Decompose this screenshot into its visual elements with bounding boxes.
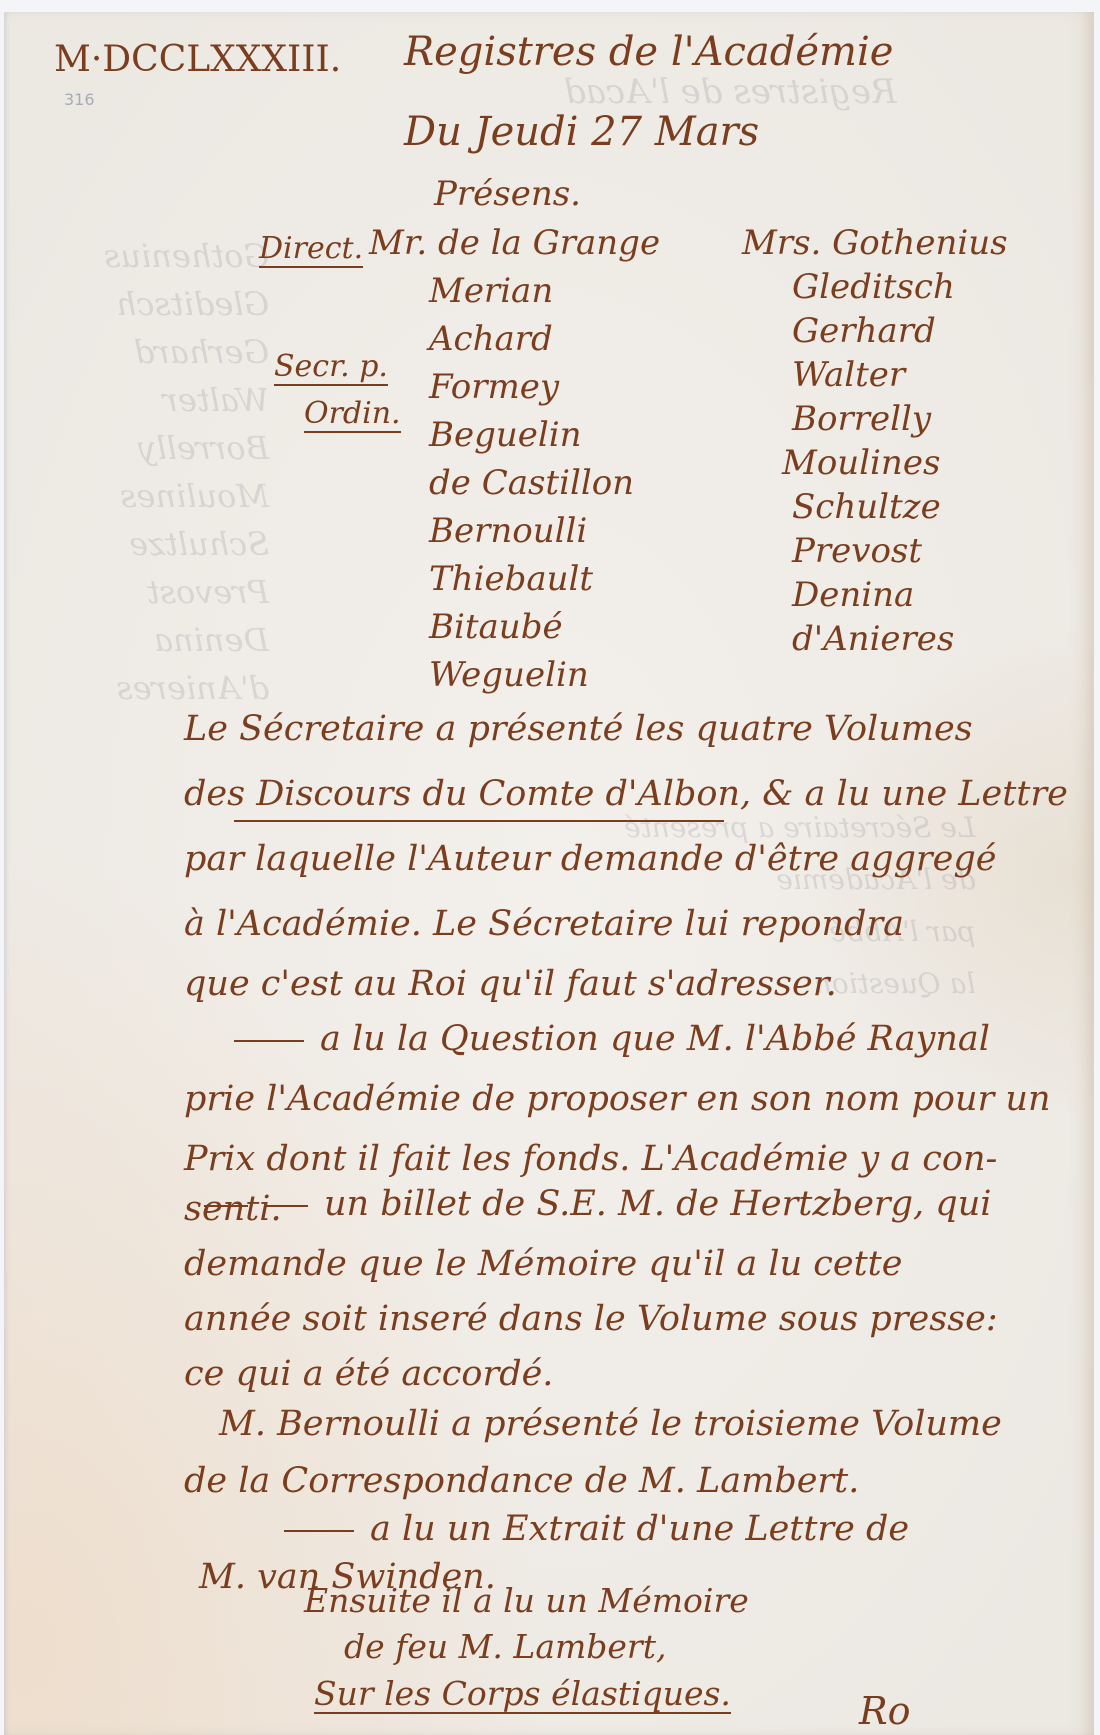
member-name: Achard <box>429 322 660 356</box>
member-name: Denina <box>792 578 1008 612</box>
minute-line: M. Bernoulli a présenté le troisieme Vol… <box>219 1407 1002 1442</box>
minute-line: à l'Académie. Le Sécretaire lui repondra <box>184 907 904 942</box>
member-name: Gleditsch <box>792 270 1008 304</box>
member-name: Schultze <box>792 490 1008 524</box>
member-name: Beguelin <box>429 418 660 452</box>
members-left-column: Mr. de la Grange Merian Achard Formey Be… <box>369 226 660 692</box>
minute-line: a lu la Question que M. l'Abbé Raynal <box>234 1022 990 1057</box>
member-name: Gerhard <box>792 314 1008 348</box>
minute-line: de la Correspondance de M. Lambert. <box>184 1464 859 1499</box>
year-heading: M·DCCLXXXIII. <box>54 42 341 78</box>
ditto-dash <box>204 1205 248 1207</box>
ditto-dash <box>234 1040 304 1042</box>
minute-line: par laquelle l'Auteur demande d'être agg… <box>184 842 996 877</box>
ditto-dash <box>264 1205 308 1207</box>
underline-discours <box>234 820 724 822</box>
member-name: Borrelly <box>792 402 1008 436</box>
manuscript-page: Registres de l'Acad GotheniusGleditschGe… <box>4 12 1094 1735</box>
ditto-dash <box>284 1530 354 1532</box>
member-name: Bernoulli <box>429 514 660 548</box>
member-name: de Castillon <box>429 466 660 500</box>
minute-line: ce qui a été accordé. <box>184 1357 553 1392</box>
minute-line: des Discours du Comte d'Albon, & a lu un… <box>184 777 1068 812</box>
member-name: Weguelin <box>429 658 660 692</box>
minute-line: Le Sécretaire a présenté les quatre Volu… <box>184 712 973 747</box>
minute-line: que c'est au Roi qu'il faut s'adresser. <box>184 967 837 1002</box>
minute-line-text: a lu un Extrait d'une Lettre de <box>370 1509 909 1549</box>
bleed-through-text: Registres de l'Acad <box>564 72 897 112</box>
member-name: Thiebault <box>429 562 660 596</box>
register-title: Registres de l'Académie <box>404 32 893 72</box>
member-name: Formey <box>429 370 660 404</box>
member-name: Merian <box>429 274 660 308</box>
member-name: Bitaubé <box>429 610 660 644</box>
member-name: Walter <box>792 358 1008 392</box>
role-director: Direct. <box>259 234 363 268</box>
pencil-folio-number: 316 <box>64 90 95 109</box>
members-right-column: Mrs. Gothenius Gleditsch Gerhard Walter … <box>742 226 1008 656</box>
minute-line-text: a lu la Question que M. l'Abbé Raynal <box>320 1019 990 1059</box>
minute-line: prie l'Académie de proposer en son nom p… <box>184 1082 1051 1117</box>
bleed-through-text: GotheniusGleditschGerhardWalterBorrellyM… <box>104 232 269 712</box>
meeting-date: Du Jeudi 27 Mars <box>404 112 759 152</box>
minute-line: de feu M. Lambert, <box>344 1630 666 1663</box>
presens-label: Présens. <box>434 177 581 211</box>
member-name: Mrs. Gothenius <box>742 226 1008 260</box>
member-name: Prevost <box>792 534 1008 568</box>
member-name: d'Anieres <box>792 622 1008 656</box>
member-name: Mr. de la Grange <box>369 226 660 260</box>
minute-line-text: un billet de S.E. M. de Hertzberg, qui <box>324 1184 991 1224</box>
member-name: Moulines <box>782 446 1008 480</box>
minute-line: demande que le Mémoire qu'il a lu cette <box>184 1247 902 1282</box>
minute-line: a lu un Extrait d'une Lettre de <box>284 1512 909 1547</box>
minute-line: un billet de S.E. M. de Hertzberg, qui <box>204 1187 991 1222</box>
minute-line: Prix dont il fait les fonds. L'Académie … <box>184 1142 997 1177</box>
minute-line: Ensuite il a lu un Mémoire <box>304 1584 749 1617</box>
catchword: Ro <box>859 1692 911 1730</box>
minute-line: année soit inseré dans le Volume sous pr… <box>184 1302 998 1337</box>
memoire-title: Sur les Corps élastiques. <box>314 1677 731 1714</box>
